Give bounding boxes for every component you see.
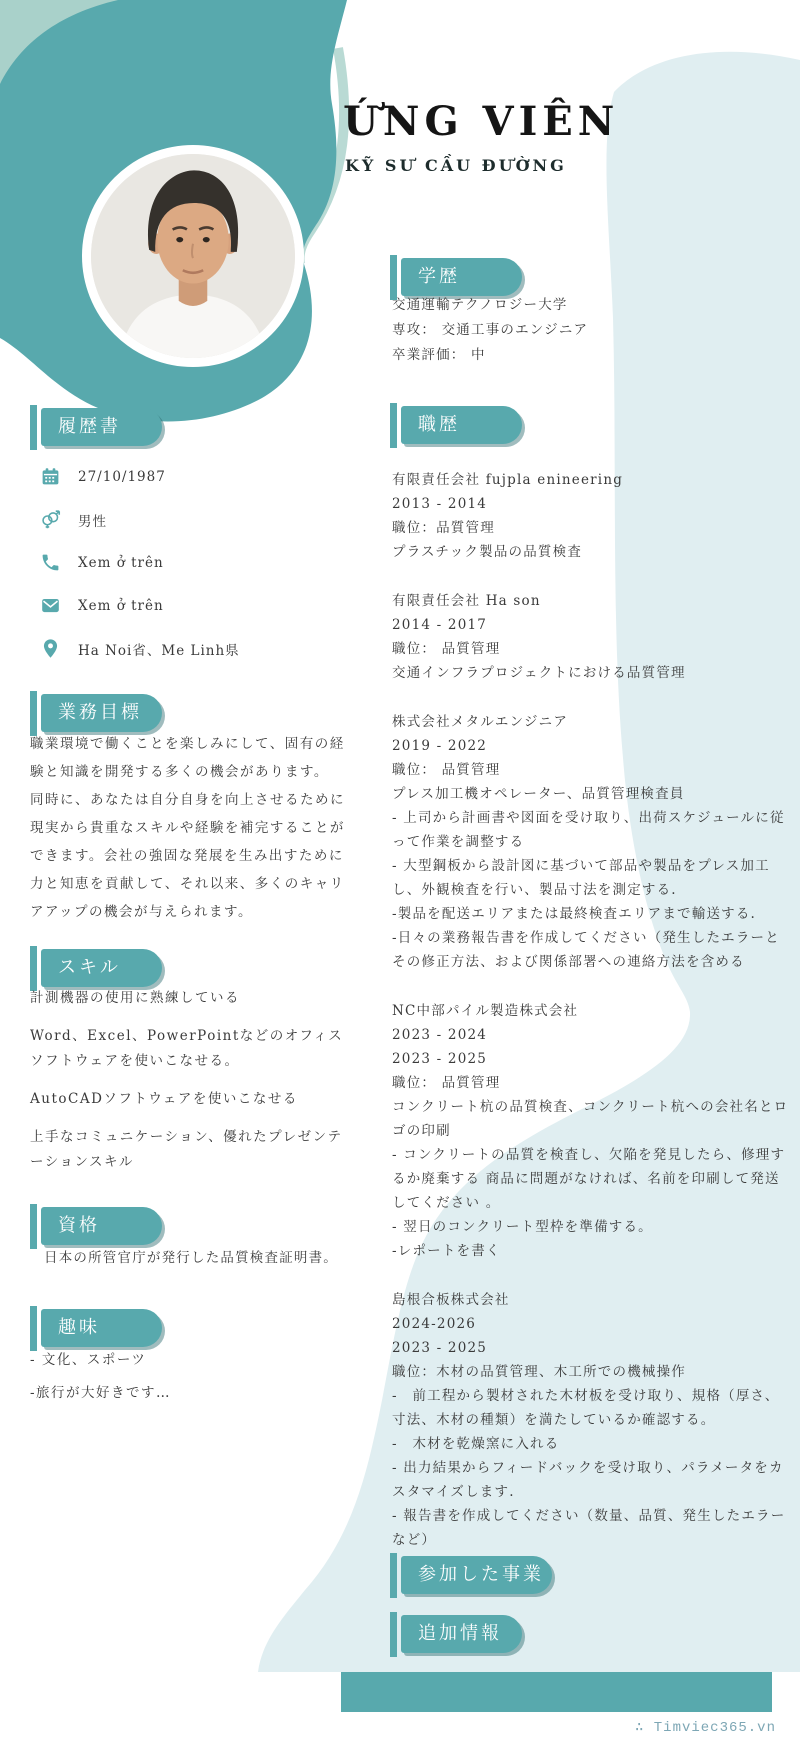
section-title: 履歴書 [58,416,121,437]
skill-item: Word、Excel、PowerPointなどのオフィスソフトウェアを使いこなせ… [30,1024,355,1074]
contact-row-gender: 男性 [40,509,330,530]
gender-icon [40,509,61,530]
section-title-pill: 趣味 [41,1309,162,1347]
section-title: 学歴 [418,266,460,287]
skill-item: AutoCADソフトウェアを使いこなせる [30,1087,355,1112]
calendar-icon [40,466,61,487]
skills-list: 計測機器の使用に熟練している Word、Excel、PowerPointなどのオ… [30,986,355,1188]
section-title-pill: 業務目標 [41,694,162,732]
section-accent-bar [390,1612,397,1657]
objective-paragraph: 職業環境で働くことを楽しみにして、固有の経験と知識を開発する多くの機会があります… [30,730,355,786]
job-entry: 有限責任会社 Ha son 2014 - 2017 職位： 品質管理 交通インフ… [392,589,792,685]
hobbies-list: - 文化、スポーツ -旅行が大好きです… [30,1348,345,1414]
phone-value: Xem ở trên [78,555,164,571]
job-entry: 有限責任会社 fujpla enineering 2013 - 2014 職位：… [392,468,792,564]
section-title-pill: 資格 [41,1207,162,1245]
hobby-item: - 文化、スポーツ [30,1348,345,1372]
contact-row-birthday: 27/10/1987 [40,466,330,487]
profile-photo [82,145,304,367]
watermark: ∴ Timviec365.vn [635,1719,776,1736]
education-text: 交通運輸テクノロジー大学 専攻： 交通工事のエンジニア 卒業評価： 中 [392,293,792,368]
section-title-pill: 履歴書 [41,408,162,446]
mail-icon [40,595,61,616]
section-title: 業務目標 [58,702,142,723]
objective-paragraph: 同時に、あなたは自分自身を向上させるために現実から貴重なスキルや経験を補完するこ… [30,786,355,926]
section-title: 追加情報 [418,1623,502,1644]
section-title-pill: 参加した事業 [401,1556,552,1594]
resume-page: ỨNG VIÊN KỸ SƯ CẦU ĐƯỜNG 履歴書 27/10/1987 [0,0,800,1741]
section-title: スキル [58,957,121,978]
skill-item: 計測機器の使用に熟練している [30,986,355,1011]
section-title-pill: 追加情報 [401,1615,522,1653]
section-title: 参加した事業 [418,1564,544,1585]
phone-icon [40,552,61,573]
email-value: Xem ở trên [78,598,164,614]
contact-row-email: Xem ở trên [40,595,330,616]
section-accent-bar [30,946,37,991]
gender-value: 男性 [78,510,107,530]
contact-row-address: Ha Noi省、Me Linh県 [40,638,330,659]
section-title: 趣味 [58,1317,100,1338]
certification-text: 日本の所管官庁が発行した品質検査証明書。 [44,1246,359,1271]
section-accent-bar [30,1306,37,1351]
location-icon [40,638,61,659]
skill-item: 上手なコミュニケーション、優れたプレゼンテーションスキル [30,1125,355,1175]
section-title-pill: 職歴 [401,406,522,444]
candidate-name: ỨNG VIÊN [343,98,619,145]
section-accent-bar [390,403,397,448]
section-accent-bar [390,1553,397,1598]
objective-text: 職業環境で働くことを楽しみにして、固有の経験と知識を開発する多くの機会があります… [30,730,355,926]
bottom-teal-bar [341,1672,772,1712]
job-entry: 島根合板株式会社 2024-2026 2023 - 2025 職位：木材の品質管… [392,1288,792,1552]
candidate-job-title: KỸ SƯ CẦU ĐƯỜNG [345,156,567,175]
section-title: 職歴 [418,414,460,435]
hobby-item: -旅行が大好きです… [30,1381,345,1405]
section-title: 資格 [58,1215,100,1236]
portrait-illustration [91,154,295,358]
section-title-pill: 学歴 [401,258,522,296]
contact-list: 27/10/1987 男性 Xem ở trên Xem ở trên [40,466,330,681]
contact-row-phone: Xem ở trên [40,552,330,573]
experience-list: 有限責任会社 fujpla enineering 2013 - 2014 職位：… [392,443,792,1577]
watermark-text: ∴ Timviec365.vn [635,1720,776,1736]
birthday-value: 27/10/1987 [78,469,166,485]
section-accent-bar [30,1204,37,1249]
section-title-pill: スキル [41,949,162,987]
job-entry: 株式会社メタルエンジニア 2019 - 2022 職位： 品質管理 プレス加工機… [392,710,792,974]
section-accent-bar [30,405,37,450]
job-entry: NC中部パイル製造株式会社 2023 - 2024 2023 - 2025 職位… [392,999,792,1263]
address-value: Ha Noi省、Me Linh県 [78,639,240,659]
